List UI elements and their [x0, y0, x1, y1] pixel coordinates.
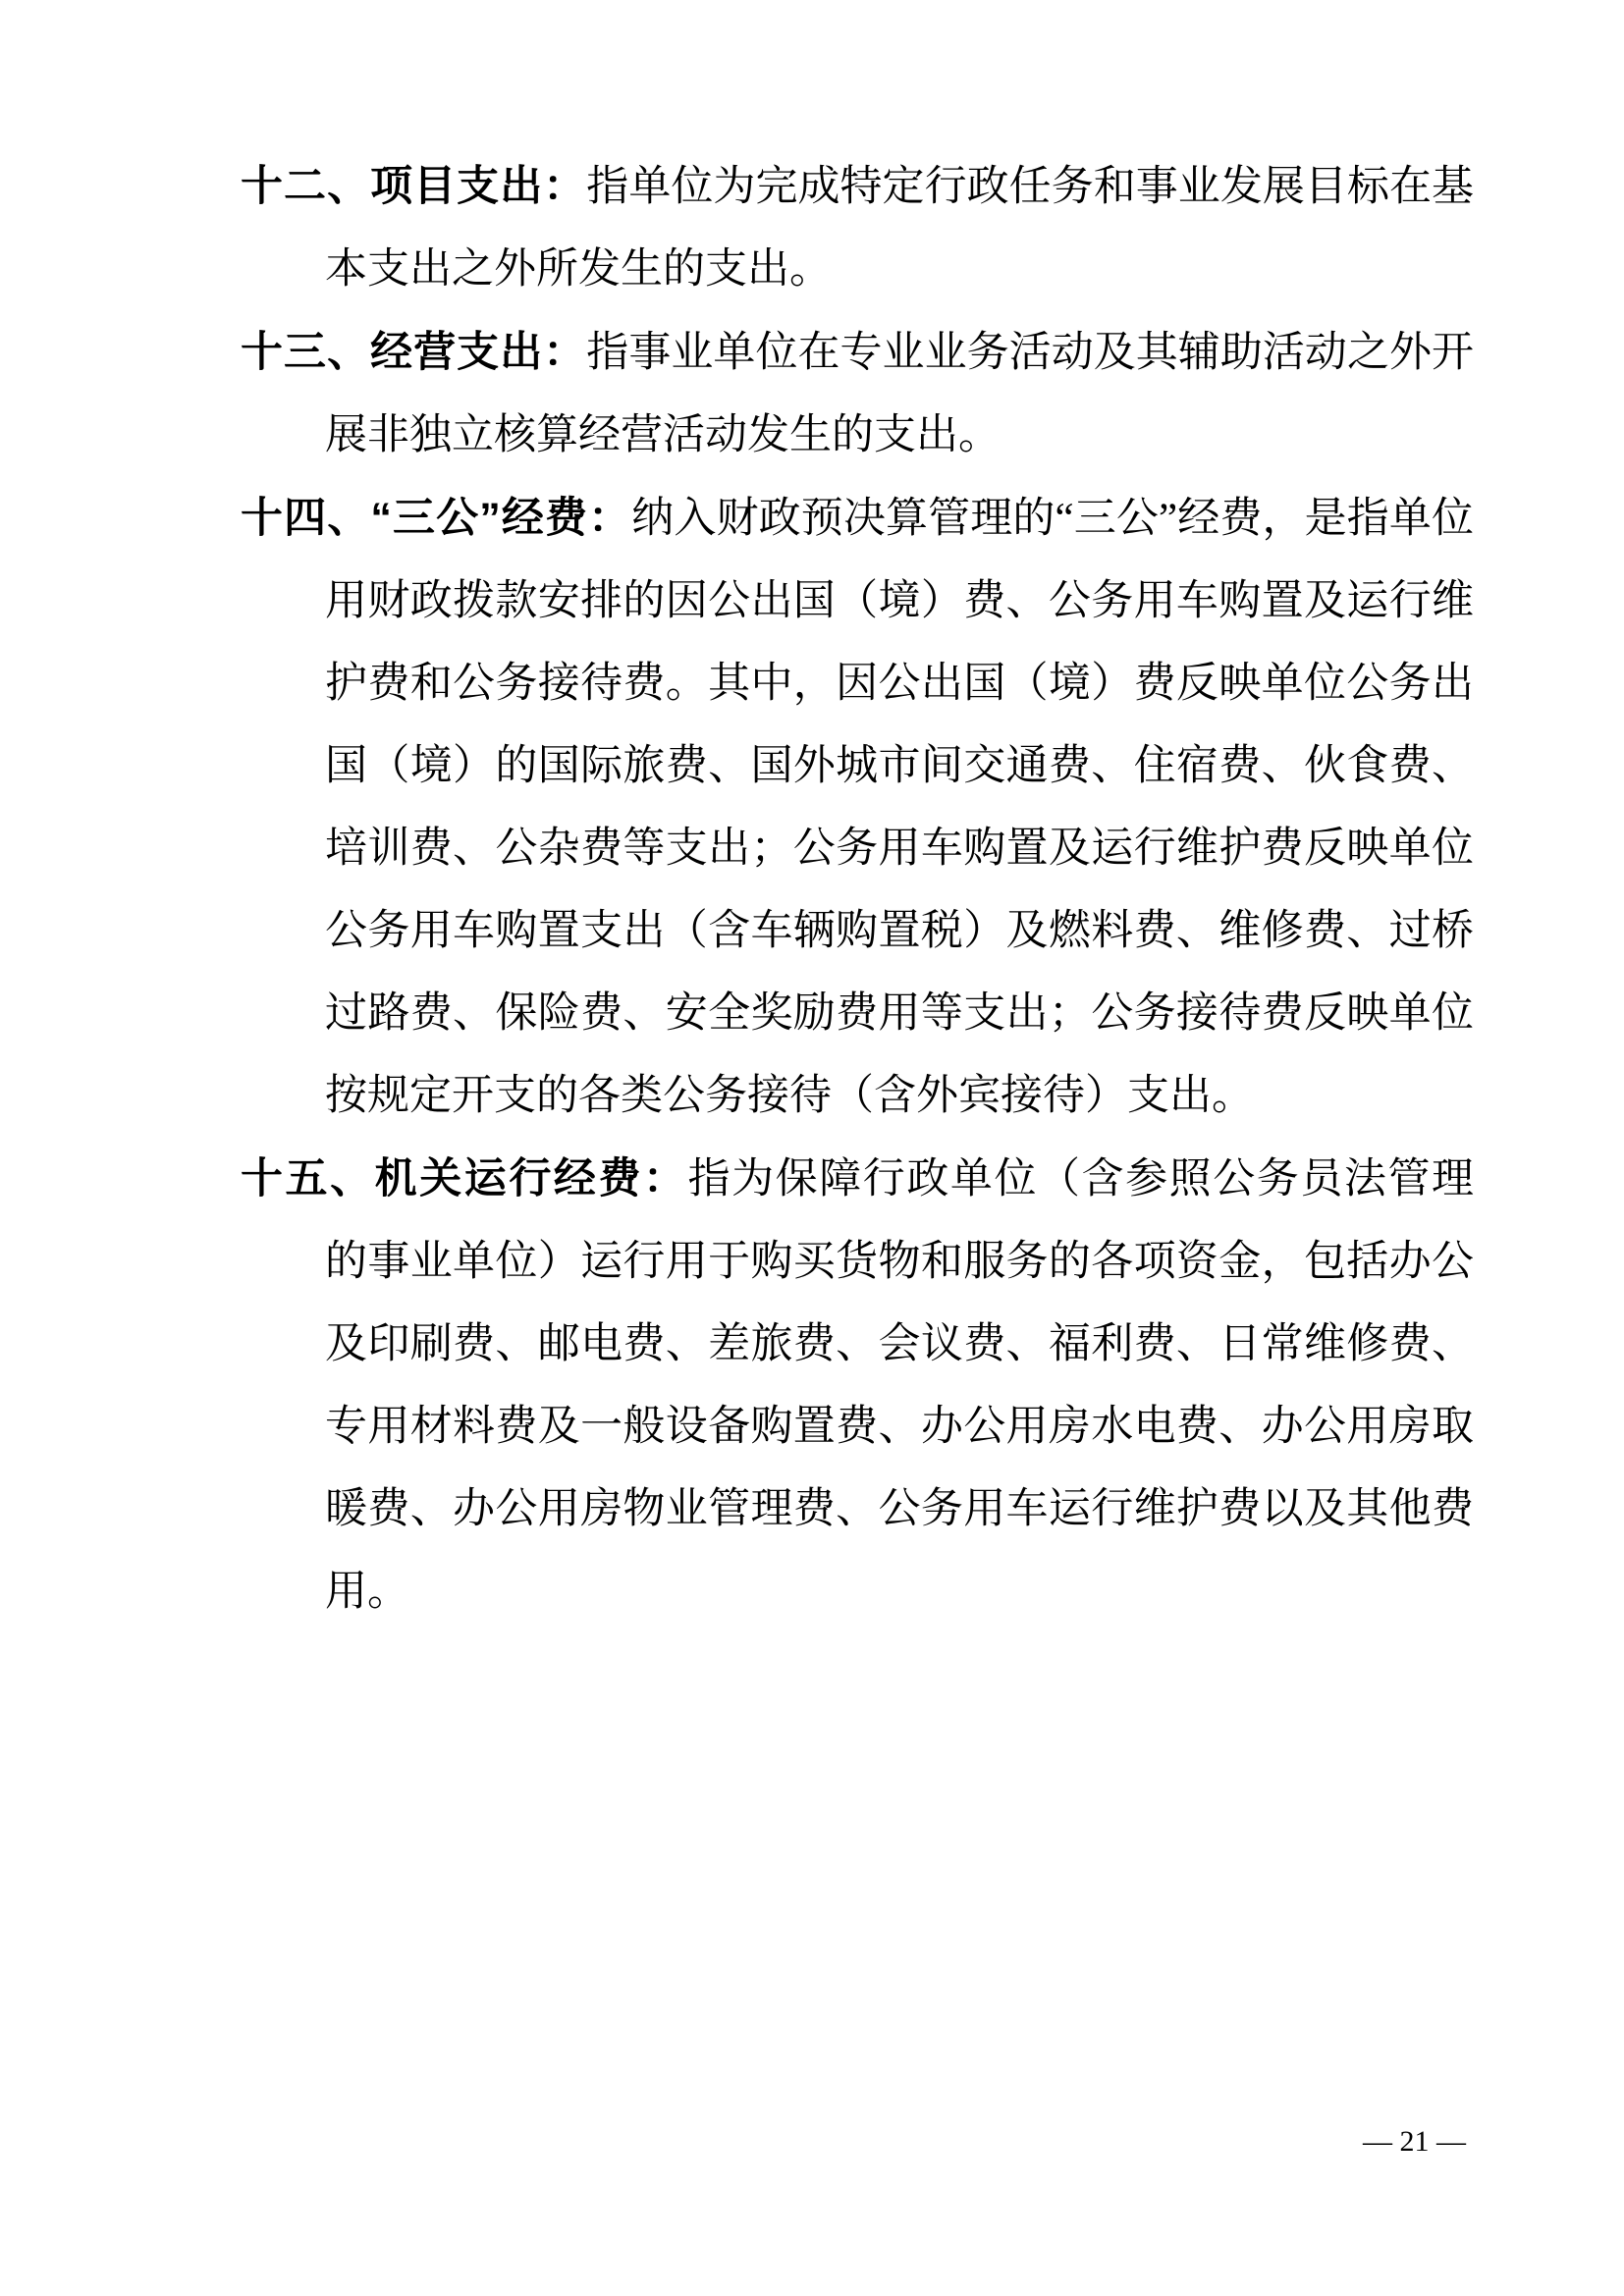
term-label: 十五、机关运行经费： [241, 1155, 688, 1202]
term-label: 十三、经营支出： [241, 329, 586, 376]
definition-item-three-public-funds: 十四、“三公”经费：纳入财政预决算管理的“三公”经费，是指单位用财政拨款安排的因… [241, 477, 1474, 1138]
term-label: 十二、项目支出： [241, 163, 586, 210]
definitions-list: 十二、项目支出：指单位为完成特定行政任务和事业发展目标在基本支出之外所发生的支出… [241, 145, 1474, 1633]
definition-item-operating-expenditure: 十三、经营支出：指事业单位在专业业务活动及其辅助活动之外开展非独立核算经营活动发… [241, 311, 1474, 477]
term-definition: 指为保障行政单位（含参照公务员法管理的事业单位）运行用于购买货物和服务的各项资金… [325, 1156, 1474, 1615]
document-page: 十二、项目支出：指单位为完成特定行政任务和事业发展目标在基本支出之外所发生的支出… [0, 0, 1624, 2296]
term-definition: 纳入财政预决算管理的“三公”经费，是指单位用财政拨款安排的因公出国（境）费、公务… [325, 496, 1474, 1119]
definition-item-project-expenditure: 十二、项目支出：指单位为完成特定行政任务和事业发展目标在基本支出之外所发生的支出… [241, 145, 1474, 311]
definition-item-agency-operating-funds: 十五、机关运行经费：指为保障行政单位（含参照公务员法管理的事业单位）运行用于购买… [241, 1138, 1474, 1633]
term-label: 十四、“三公”经费： [241, 495, 631, 542]
page-number: — 21 — [1363, 2122, 1481, 2162]
